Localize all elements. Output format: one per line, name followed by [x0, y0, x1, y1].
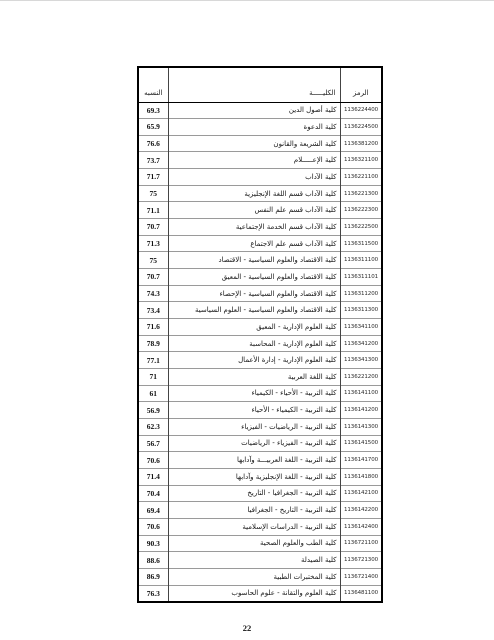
header-row: النسبه الكليـــــة الرمز: [138, 67, 382, 102]
college-cell: كلية التربية - الفيزياء - الرياضيات: [168, 435, 340, 452]
college-cell: كلية التربية - اللغة الإنجليزية وآدابها: [168, 468, 340, 485]
code-cell: 1136142400: [340, 518, 382, 535]
code-cell: 1136141100: [340, 385, 382, 402]
code-cell: 1136141200: [340, 402, 382, 419]
percent-cell: 70.7: [138, 219, 168, 236]
code-cell: 1136221100: [340, 169, 382, 186]
table-row: 73.4 كلية الاقتصاد والعلوم السياسية - ال…: [138, 302, 382, 319]
table-row: 69.3 كلية أصول الدين 1136224400: [138, 102, 382, 119]
college-cell: كلية العلوم والتقانة - علوم الحاسوب: [168, 585, 340, 602]
code-cell: 1136721300: [340, 552, 382, 569]
percent-cell: 76.6: [138, 135, 168, 152]
percent-cell: 77.1: [138, 352, 168, 369]
table-row: 62.3 كلية التربية - الرياضيات - الفيزياء…: [138, 418, 382, 435]
percent-cell: 56.7: [138, 435, 168, 452]
college-cell: كلية الآداب قسم علم الاجتماع: [168, 235, 340, 252]
code-cell: 1136341200: [340, 335, 382, 352]
header-code: الرمز: [340, 67, 382, 102]
table-row: 70.4 كلية التربية - الجغرافيا - التاريخ …: [138, 485, 382, 502]
table-row: 77.1 كلية العلوم الإدارية - إدارة الأعما…: [138, 352, 382, 369]
code-cell: 1136311100: [340, 252, 382, 269]
code-cell: 1136142200: [340, 502, 382, 519]
document-page: النسبه الكليـــــة الرمز 69.3 كلية أصول …: [0, 0, 494, 640]
table-row: 70.7 كلية الآداب قسم الخدمة الإجتماعية 1…: [138, 219, 382, 236]
page-number: 22: [0, 623, 494, 633]
table-row: 56.9 كلية التربية - الكيمياء - الأحياء 1…: [138, 402, 382, 419]
college-cell: كلية العلوم الإدارية - المحاسبة: [168, 335, 340, 352]
code-cell: 1136222300: [340, 202, 382, 219]
table-row: 70.6 كلية التربية - اللغة العربيـــة وآد…: [138, 452, 382, 469]
code-cell: 1136224500: [340, 119, 382, 136]
percent-cell: 86.9: [138, 568, 168, 585]
percent-cell: 56.9: [138, 402, 168, 419]
college-cell: كلية الشريعة والقانون: [168, 135, 340, 152]
header-college: الكليـــــة: [168, 67, 340, 102]
admissions-table: النسبه الكليـــــة الرمز 69.3 كلية أصول …: [137, 66, 383, 603]
table-row: 75 كلية الاقتصاد والعلوم السياسية - الاق…: [138, 252, 382, 269]
code-cell: 1136221300: [340, 185, 382, 202]
table-row: 90.3 كلية الطب والعلوم الصحية 1136721100: [138, 535, 382, 552]
table-row: 74.3 كلية الاقتصاد والعلوم السياسية - ال…: [138, 285, 382, 302]
college-cell: كلية الإعـــــلام: [168, 152, 340, 169]
code-cell: 1136141700: [340, 452, 382, 469]
percent-cell: 74.3: [138, 285, 168, 302]
code-cell: 1136341100: [340, 319, 382, 336]
percent-cell: 71.1: [138, 202, 168, 219]
college-cell: كلية أصول الدين: [168, 102, 340, 119]
table-row: 70.6 كلية التربية - الدراسات الإسلامية 1…: [138, 518, 382, 535]
table-row: 88.6 كلية الصيدلة 1136721300: [138, 552, 382, 569]
percent-cell: 70.7: [138, 269, 168, 286]
code-cell: 1136141500: [340, 435, 382, 452]
percent-cell: 90.3: [138, 535, 168, 552]
college-cell: كلية التربية - الأحياء - الكيمياء: [168, 385, 340, 402]
percent-cell: 88.6: [138, 552, 168, 569]
percent-cell: 61: [138, 385, 168, 402]
table-row: 71.4 كلية التربية - اللغة الإنجليزية وآد…: [138, 468, 382, 485]
code-cell: 1136224400: [340, 102, 382, 119]
code-cell: 1136311300: [340, 302, 382, 319]
table-row: 76.6 كلية الشريعة والقانون 1136381200: [138, 135, 382, 152]
college-cell: كلية العلوم الإدارية - إدارة الأعمال: [168, 352, 340, 369]
code-cell: 1136381200: [340, 135, 382, 152]
code-cell: 1136222500: [340, 219, 382, 236]
percent-cell: 73.4: [138, 302, 168, 319]
table-row: 61 كلية التربية - الأحياء - الكيمياء 113…: [138, 385, 382, 402]
table-row: 70.7 كلية الاقتصاد والعلوم السياسية - ال…: [138, 269, 382, 286]
college-cell: كلية التربية - الرياضيات - الفيزياء: [168, 418, 340, 435]
college-cell: كلية التربية - اللغة العربيـــة وآدابها: [168, 452, 340, 469]
college-cell: كلية الاقتصاد والعلوم السياسية - العلوم …: [168, 302, 340, 319]
percent-cell: 71.7: [138, 169, 168, 186]
table-row: 71.3 كلية الآداب قسم علم الاجتماع 113631…: [138, 235, 382, 252]
college-cell: كلية الدعوة: [168, 119, 340, 136]
college-cell: كلية الاقتصاد والعلوم السياسية - المعيق: [168, 269, 340, 286]
percent-cell: 70.4: [138, 485, 168, 502]
table-row: 71 كلية اللغة العربية 1136221200: [138, 369, 382, 386]
college-cell: كلية التربية - الدراسات الإسلامية: [168, 518, 340, 535]
college-cell: كلية الاقتصاد والعلوم السياسية - الاقتصا…: [168, 252, 340, 269]
percent-cell: 69.4: [138, 502, 168, 519]
college-cell: كلية اللغة العربية: [168, 369, 340, 386]
percent-cell: 71: [138, 369, 168, 386]
table-row: 75 كلية الآداب قسم اللغة الإنجليزية 1136…: [138, 185, 382, 202]
college-cell: كلية الآداب: [168, 169, 340, 186]
code-cell: 1136311200: [340, 285, 382, 302]
table-body: 69.3 كلية أصول الدين 1136224400 65.9 كلي…: [138, 102, 382, 602]
percent-cell: 73.7: [138, 152, 168, 169]
header-percent: النسبه: [138, 67, 168, 102]
table-row: 78.9 كلية العلوم الإدارية - المحاسبة 113…: [138, 335, 382, 352]
table-row: 76.3 كلية العلوم والتقانة - علوم الحاسوب…: [138, 585, 382, 602]
code-cell: 1136311101: [340, 269, 382, 286]
code-cell: 1136721100: [340, 535, 382, 552]
code-cell: 1136141300: [340, 418, 382, 435]
percent-cell: 65.9: [138, 119, 168, 136]
table-row: 65.9 كلية الدعوة 1136224500: [138, 119, 382, 136]
percent-cell: 75: [138, 185, 168, 202]
college-cell: كلية الآداب قسم الخدمة الإجتماعية: [168, 219, 340, 236]
table-row: 73.7 كلية الإعـــــلام 1136321100: [138, 152, 382, 169]
college-cell: كلية المختبرات الطبية: [168, 568, 340, 585]
table-row: 71.6 كلية العلوم الإدارية - المعيق 11363…: [138, 319, 382, 336]
table-row: 71.1 كلية الآداب قسم علم النفس 113622230…: [138, 202, 382, 219]
percent-cell: 71.6: [138, 319, 168, 336]
percent-cell: 71.3: [138, 235, 168, 252]
college-cell: كلية العلوم الإدارية - المعيق: [168, 319, 340, 336]
college-cell: كلية الآداب قسم اللغة الإنجليزية: [168, 185, 340, 202]
table-row: 86.9 كلية المختبرات الطبية 1136721400: [138, 568, 382, 585]
percent-cell: 75: [138, 252, 168, 269]
college-cell: كلية التربية - الكيمياء - الأحياء: [168, 402, 340, 419]
code-cell: 1136721400: [340, 568, 382, 585]
code-cell: 1136481100: [340, 585, 382, 602]
college-cell: كلية الطب والعلوم الصحية: [168, 535, 340, 552]
code-cell: 1136221200: [340, 369, 382, 386]
percent-cell: 62.3: [138, 418, 168, 435]
code-cell: 1136311500: [340, 235, 382, 252]
table-row: 69.4 كلية التربية - التاريخ - الجغرافيا …: [138, 502, 382, 519]
code-cell: 1136321100: [340, 152, 382, 169]
college-cell: كلية التربية - الجغرافيا - التاريخ: [168, 485, 340, 502]
college-cell: كلية التربية - التاريخ - الجغرافيا: [168, 502, 340, 519]
percent-cell: 69.3: [138, 102, 168, 119]
code-cell: 1136142100: [340, 485, 382, 502]
code-cell: 1136341300: [340, 352, 382, 369]
percent-cell: 70.6: [138, 518, 168, 535]
percent-cell: 71.4: [138, 468, 168, 485]
college-cell: كلية الصيدلة: [168, 552, 340, 569]
table-row: 71.7 كلية الآداب 1136221100: [138, 169, 382, 186]
percent-cell: 70.6: [138, 452, 168, 469]
percent-cell: 76.3: [138, 585, 168, 602]
college-cell: كلية الآداب قسم علم النفس: [168, 202, 340, 219]
college-cell: كلية الاقتصاد والعلوم السياسية - الإحصاء: [168, 285, 340, 302]
percent-cell: 78.9: [138, 335, 168, 352]
table-row: 56.7 كلية التربية - الفيزياء - الرياضيات…: [138, 435, 382, 452]
code-cell: 1136141800: [340, 468, 382, 485]
